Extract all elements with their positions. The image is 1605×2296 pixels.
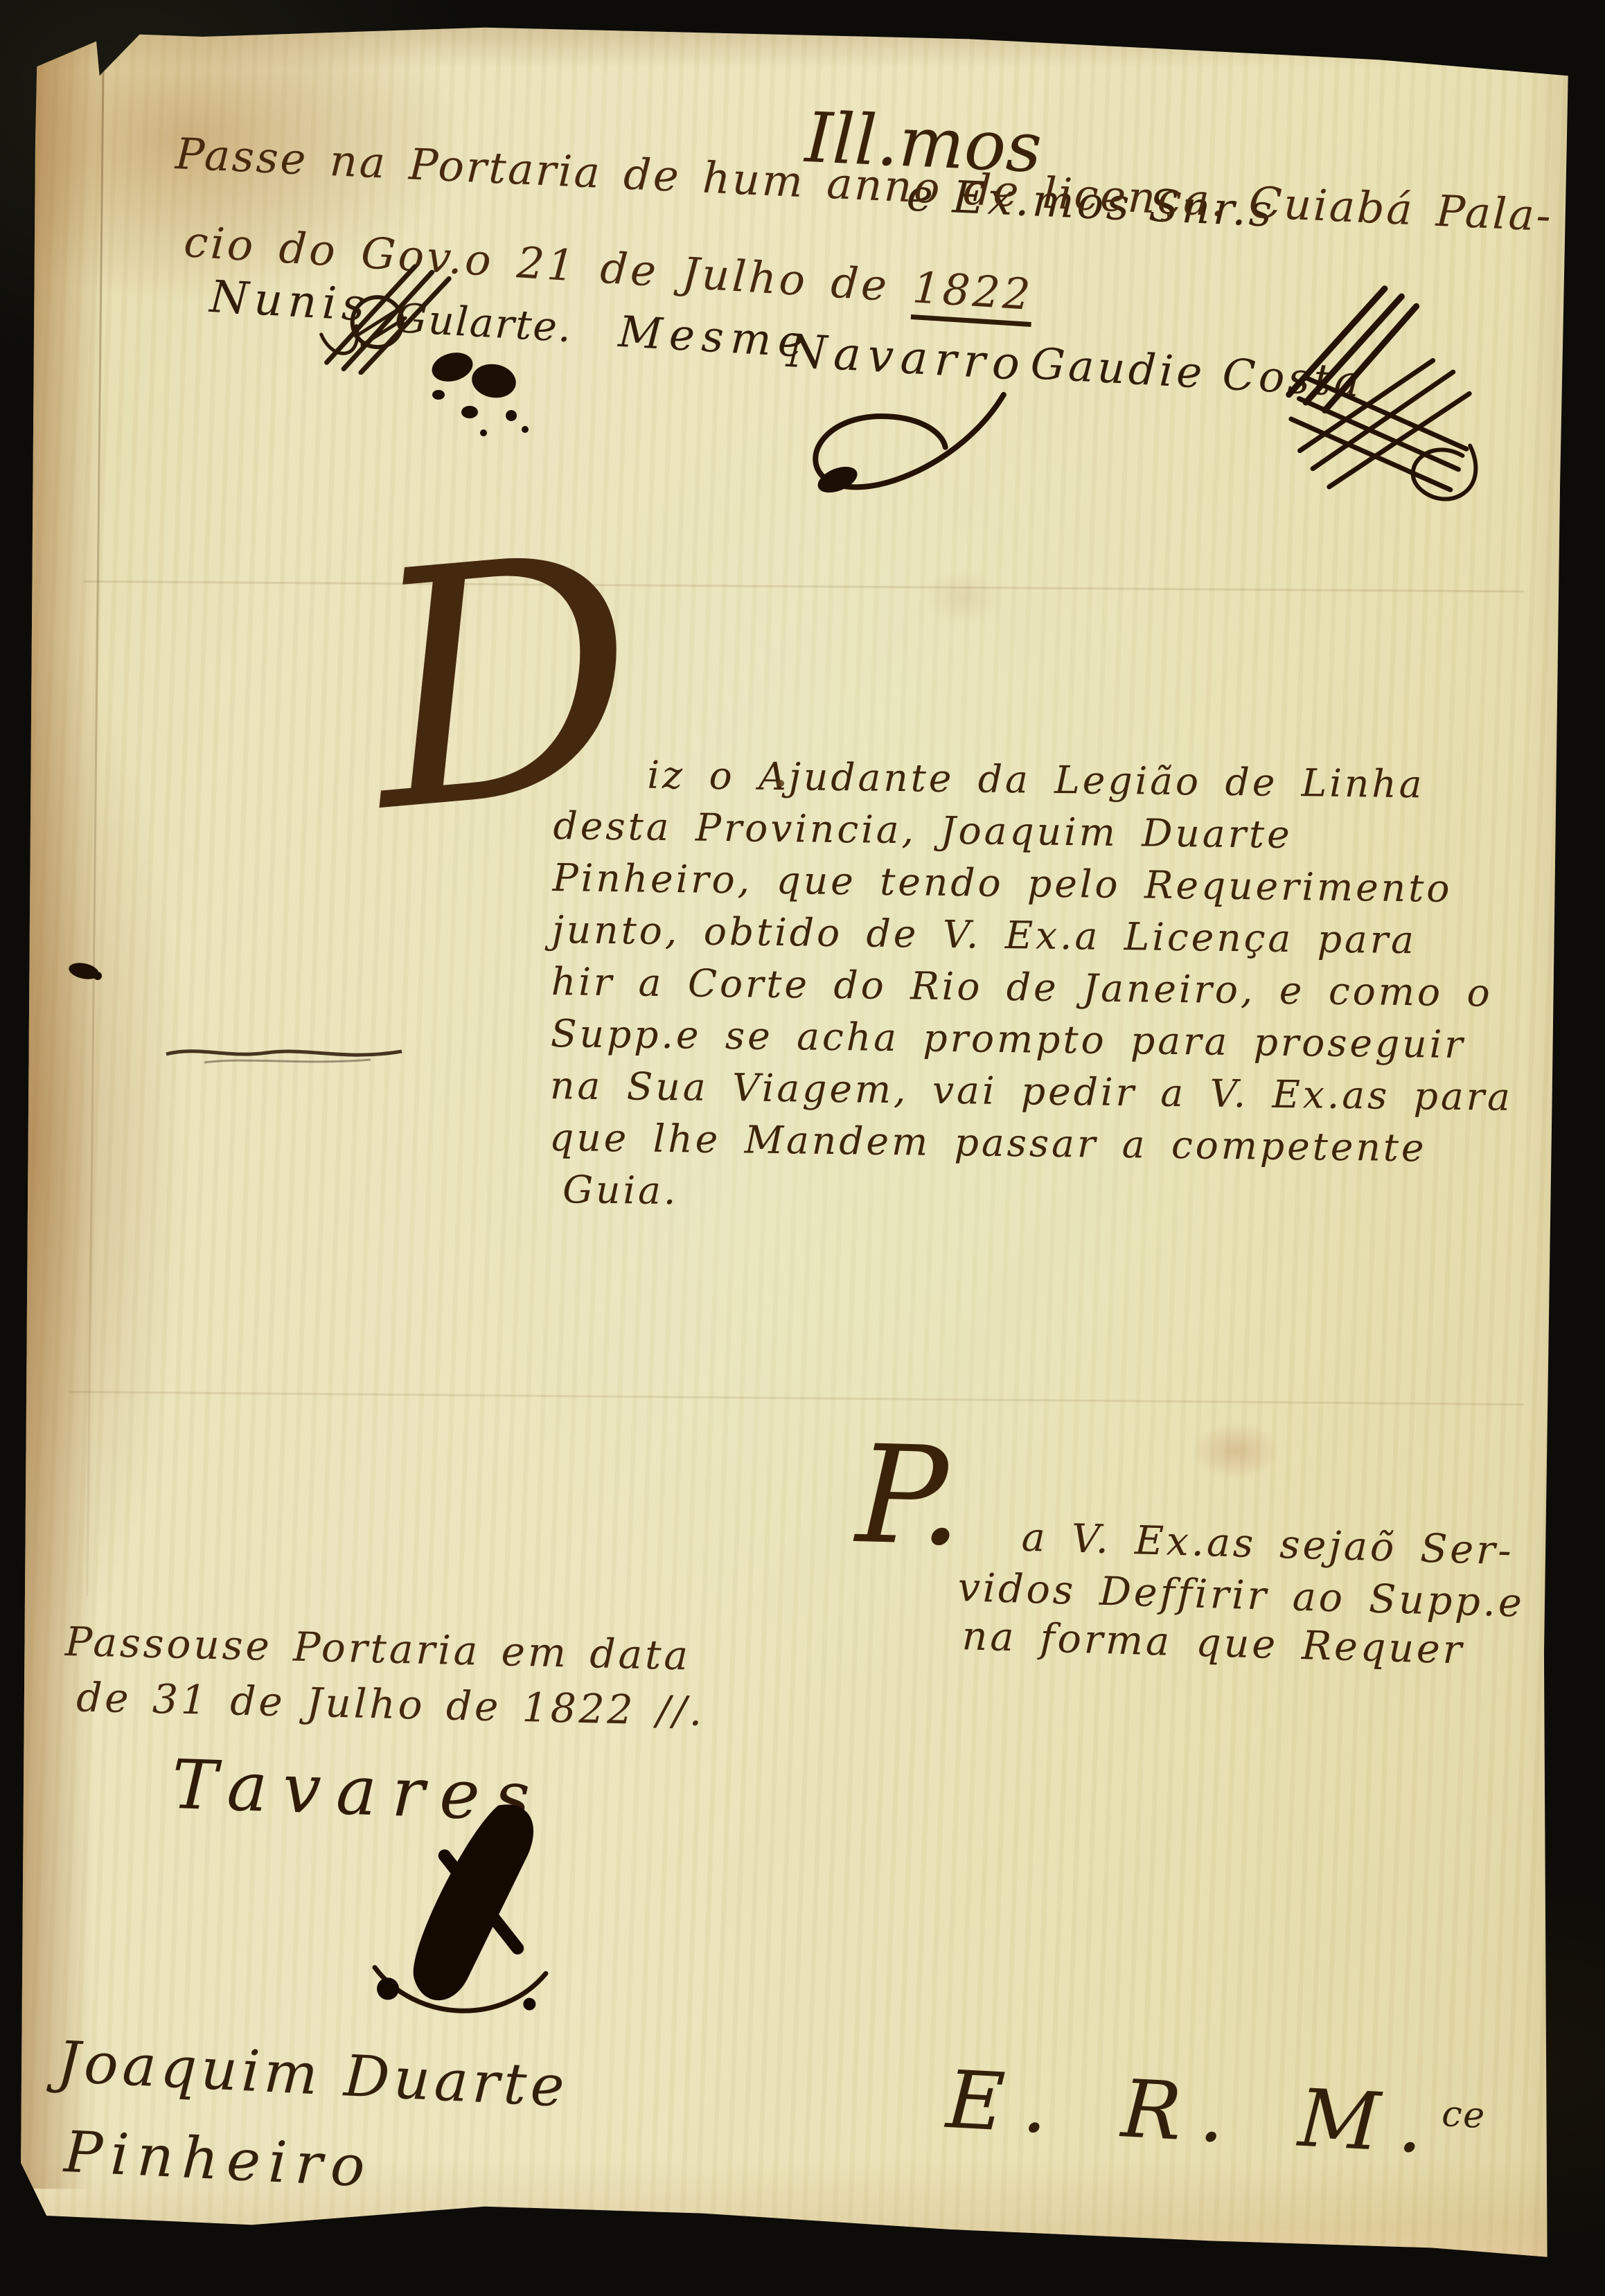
costa-crosshatch-rubric <box>1218 270 1520 514</box>
navarro-loop-flourish <box>800 374 1015 516</box>
tavares-ink-blot-rubric <box>355 1790 571 2026</box>
portaria-annotation: Passouse Portaria em data de 31 de Julho… <box>63 1614 707 1739</box>
petition-body: iz o Ajudante da Legião de Linha desta P… <box>549 748 1517 1227</box>
signature-mesme: Mesme <box>617 306 812 367</box>
prayer-initial: P. <box>855 1427 965 1565</box>
scratch-mark <box>163 1033 405 1071</box>
horizontal-fold-crease-lower <box>69 1391 1524 1405</box>
petitioner-signature-line1: Joaquim Duarte <box>55 2029 569 2120</box>
small-ink-blob <box>66 959 104 984</box>
manuscript-paper: Ill.mos e Ex.mos Snr.s Passe na Portaria… <box>0 0 1605 2296</box>
ink-spatter-blot <box>421 343 542 443</box>
prayer-line1: a V. Ex.as sejaõ Ser- <box>1021 1515 1515 1574</box>
horizontal-fold-crease-upper <box>83 580 1524 593</box>
petitioner-signature-line2: Pinheiro <box>62 2119 374 2200</box>
top-annotation-year: 1822 <box>911 262 1035 327</box>
closing-formula-superscript: ce <box>1441 2093 1487 2137</box>
closing-formula-text: E. R. M. <box>944 2054 1444 2172</box>
prayer-block: P. a V. Ex.as sejaõ Ser- vidos Deffirir … <box>851 1406 1552 1702</box>
ink-dot <box>777 780 784 787</box>
scan-background: Ill.mos e Ex.mos Snr.s Passe na Portaria… <box>0 0 1605 2296</box>
closing-formula: E. R. M.ce <box>944 2054 1488 2175</box>
